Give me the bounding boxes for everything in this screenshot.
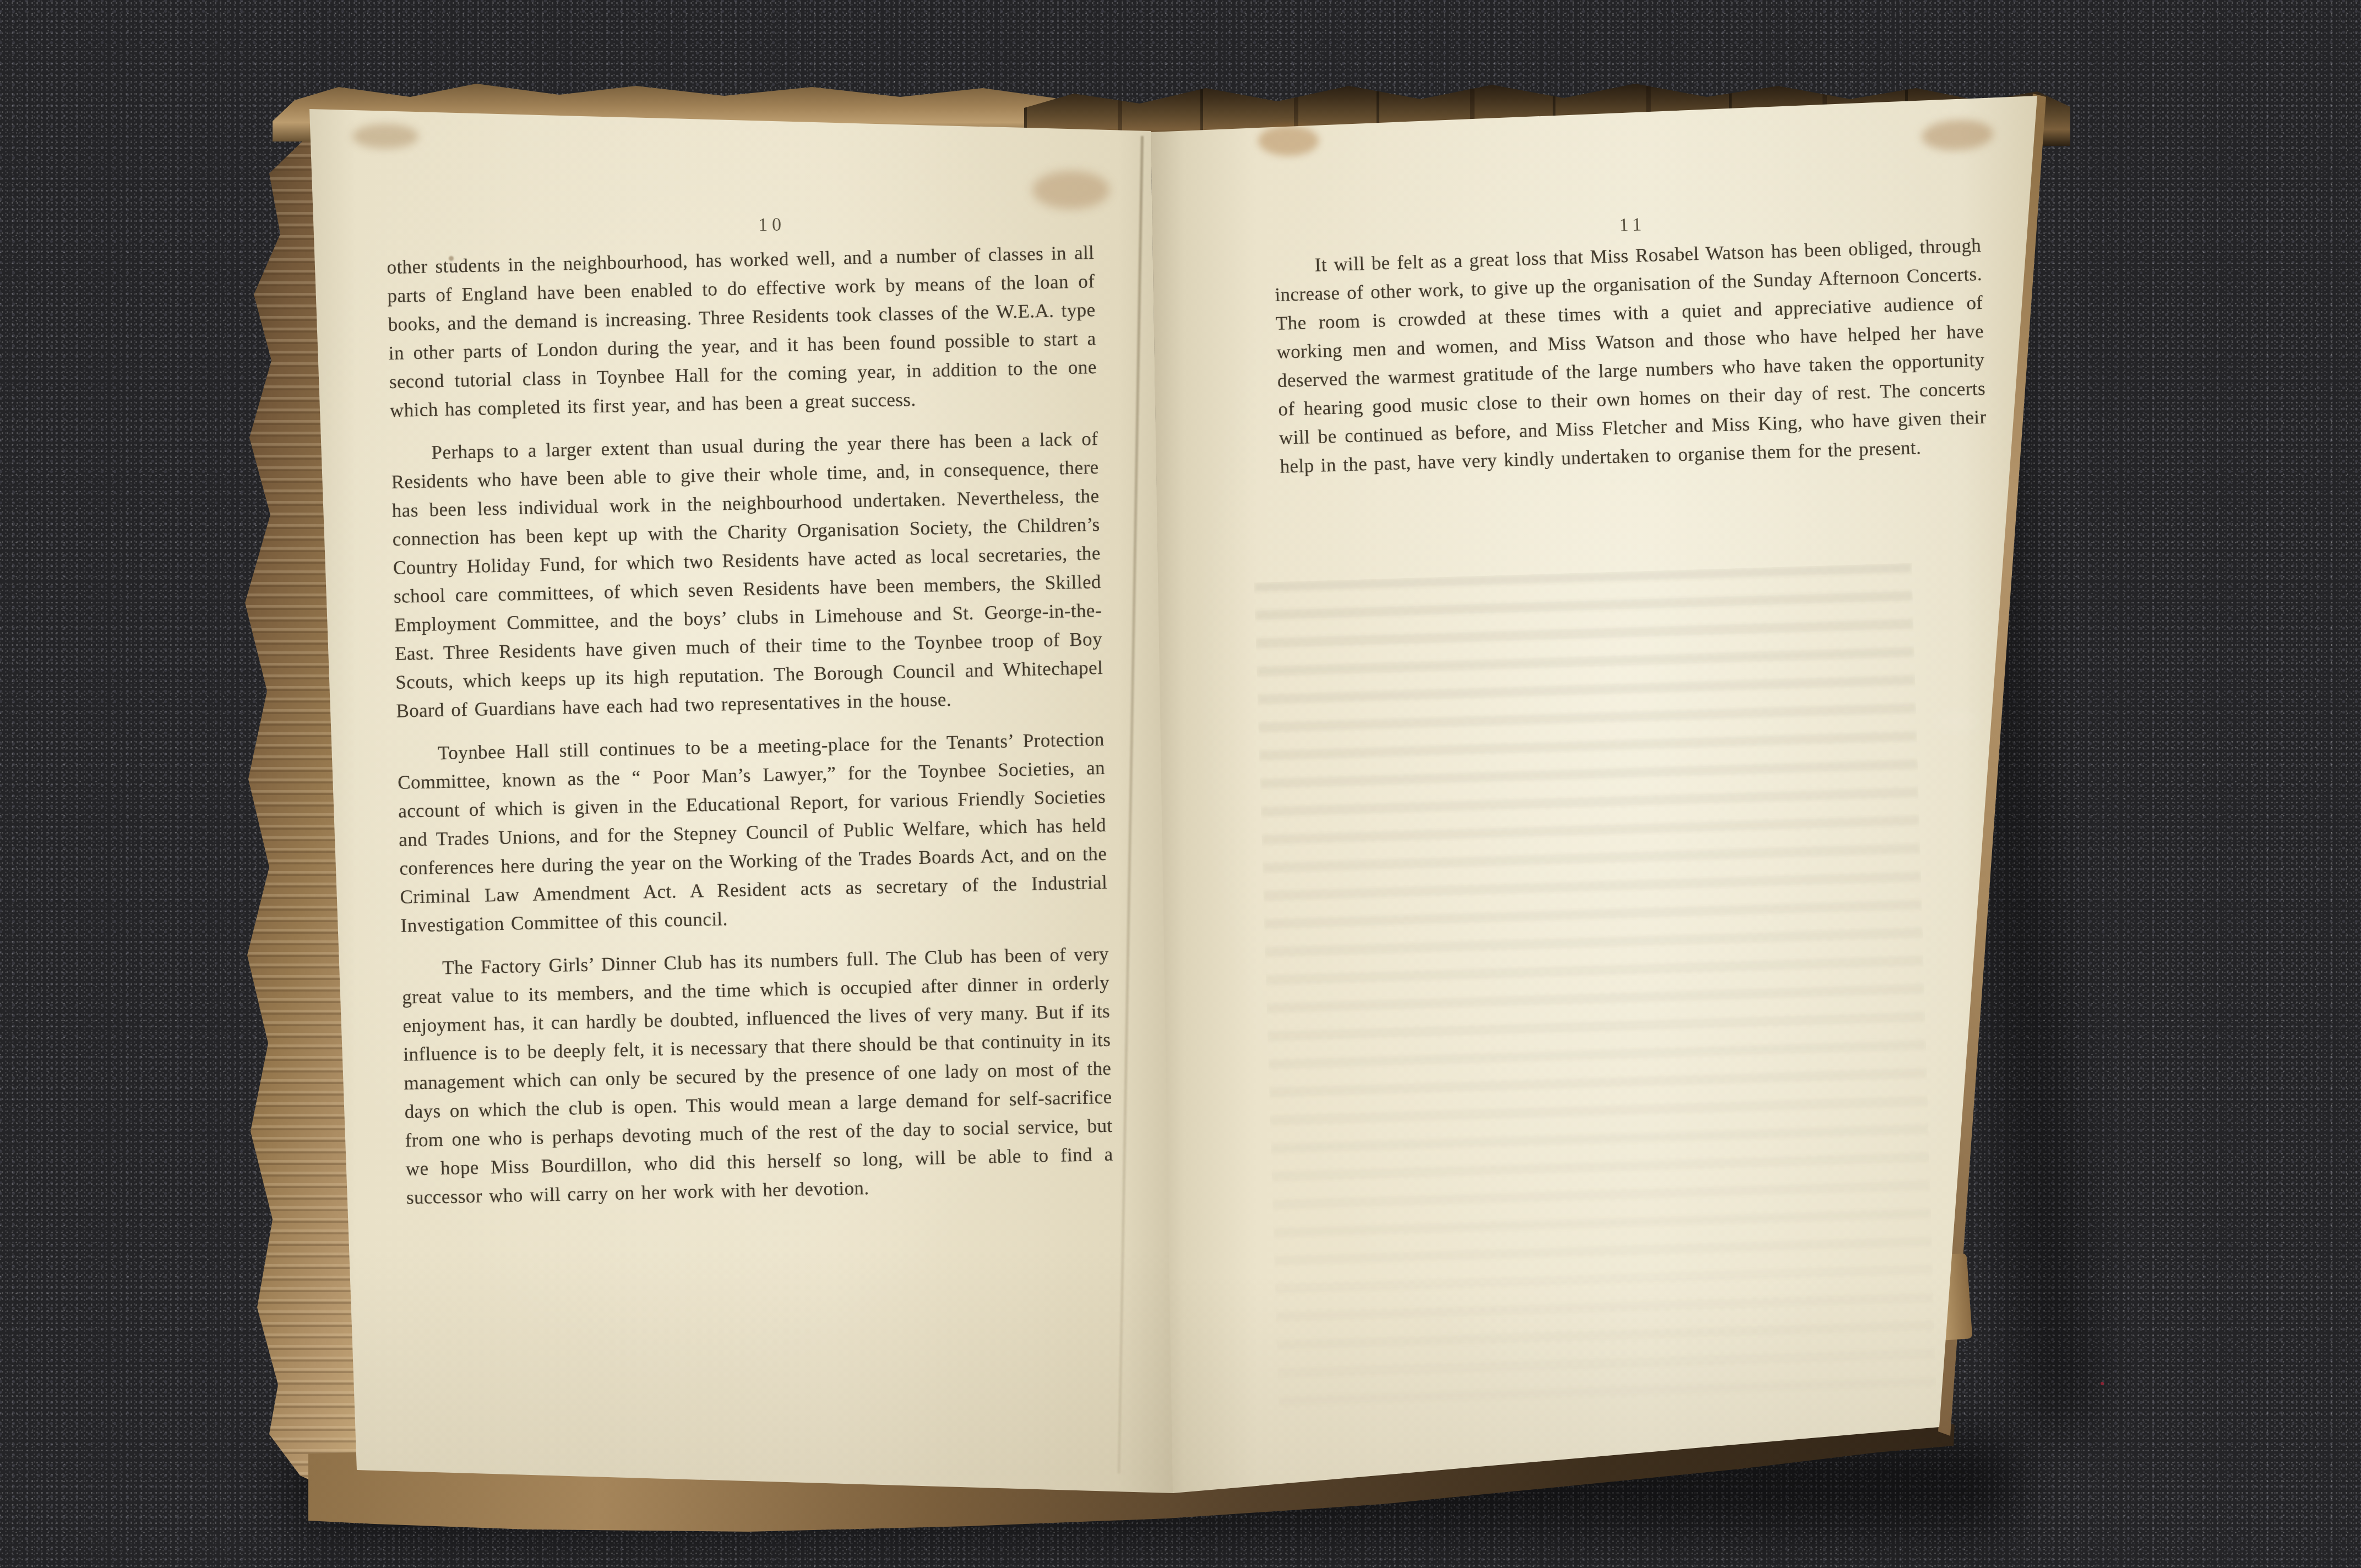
paragraph: It will be felt as a great loss that Mis… — [1274, 231, 1988, 481]
photo-backdrop: 10 other students in the neighbourhood, … — [0, 0, 2361, 1568]
paragraph: Perhaps to a larger extent than usual du… — [390, 424, 1104, 726]
surface-light-streak — [1933, 710, 1982, 732]
paragraph: other students in the neighbourhood, has… — [387, 238, 1097, 425]
page-number-right: 11 — [1599, 214, 1666, 237]
show-through-ghost-text — [1254, 563, 1937, 1425]
page-number-left: 10 — [739, 214, 806, 237]
paper-speck — [449, 256, 454, 261]
paragraph: The Factory Girls’ Dinner Club has its n… — [401, 940, 1114, 1212]
left-page: 10 other students in the neighbourhood, … — [304, 106, 1179, 1501]
foxing-stain — [352, 124, 418, 149]
right-page: 11 It will be felt as a great loss that … — [1148, 77, 2051, 1503]
surface-speck — [2101, 1382, 2104, 1385]
foxing-stain — [1258, 126, 1319, 156]
right-page-text: It will be felt as a great loss that Mis… — [1274, 231, 1988, 481]
left-page-text: other students in the neighbourhood, has… — [387, 238, 1114, 1212]
paragraph: Toynbee Hall still continues to be a mee… — [397, 725, 1108, 940]
foxing-stain — [1032, 171, 1109, 209]
